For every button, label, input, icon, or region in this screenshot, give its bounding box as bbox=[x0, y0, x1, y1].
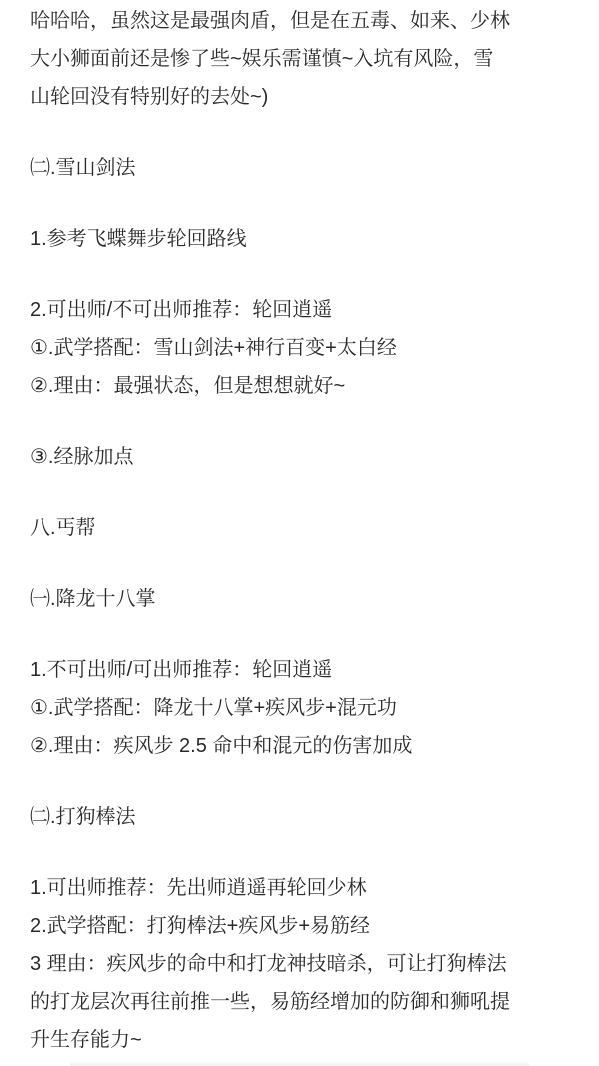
heading-gaibang: 八.丐帮 bbox=[30, 509, 575, 547]
heading-xianglong-palm: ㈠.降龙十八掌 bbox=[30, 580, 575, 618]
paragraph-xueshan-build: 2.可出师/不可出师推荐：轮回逍遥 ①.武学搭配：雪山剑法+神行百变+太白经 ②… bbox=[30, 291, 575, 405]
paragraph-meridian-points: ③.经脉加点 bbox=[30, 438, 575, 476]
paragraph-xianglong-build: 1.不可出师/可出师推荐：轮回逍遥 ①.武学搭配：降龙十八掌+疾风步+混元功 ②… bbox=[30, 651, 575, 765]
paragraph-intro: 哈哈哈，虽然这是最强肉盾，但是在五毒、如来、少林 大小狮面前还是惨了些~娱乐需谨… bbox=[30, 2, 575, 116]
heading-xueshan-jianfa: ㈡.雪山剑法 bbox=[30, 149, 575, 187]
next-image-top-edge bbox=[70, 1062, 529, 1066]
heading-dagou-staff: ㈡.打狗棒法 bbox=[30, 798, 575, 836]
paragraph-dagou-build: 1.可出师推荐：先出师逍遥再轮回少林 2.武学搭配：打狗棒法+疾风步+易筋经 3… bbox=[30, 869, 575, 1059]
paragraph-route-reference: 1.参考飞蝶舞步轮回路线 bbox=[30, 220, 575, 258]
article-body: 哈哈哈，虽然这是最强肉盾，但是在五毒、如来、少林 大小狮面前还是惨了些~娱乐需谨… bbox=[0, 0, 599, 1059]
article-page: 哈哈哈，虽然这是最强肉盾，但是在五毒、如来、少林 大小狮面前还是惨了些~娱乐需谨… bbox=[0, 0, 599, 1066]
